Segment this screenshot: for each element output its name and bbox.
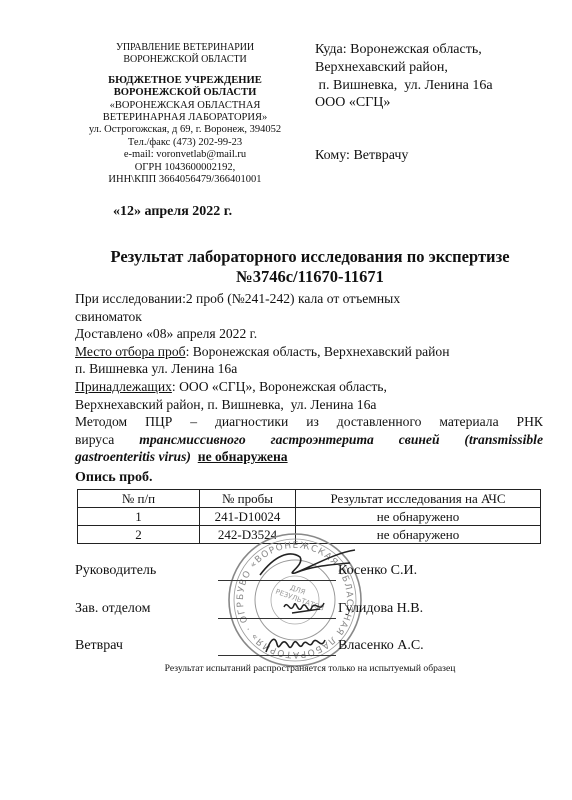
sender-header: УПРАВЛЕНИЕ ВЕТЕРИНАРИИ ВОРОНЕЖСКОЙ ОБЛАС… (60, 42, 310, 186)
owner-label: Принадлежащих (75, 379, 172, 394)
institution-line-1: БЮДЖЕТНОЕ УЧРЕЖДЕНИЕ (60, 75, 310, 87)
sampling-line-2: п. Вишневка ул. Ленина 16а (75, 360, 543, 378)
cell-sample-number: 241-D10024 (200, 508, 296, 526)
owner-line: Принадлежащих: ООО «СГЦ», Воронежская об… (75, 378, 543, 396)
recipient-whom: Кому: Ветврачу (315, 148, 408, 164)
cell-index: 1 (78, 508, 200, 526)
document-title: Результат лабораторного исследования по … (60, 247, 560, 287)
sampling-value: : Воронежская область, Верхнехавский рай… (186, 344, 450, 359)
result-text: не обнаружена (198, 449, 288, 464)
research-line-2: свиноматок (75, 308, 543, 326)
virus-name-line-2: gastroenteritis virus) (75, 449, 191, 464)
recipient-to-line-2: Верхнехавский район, (315, 59, 493, 77)
delivered-line: Доставлено «08» апреля 2022 г. (75, 325, 543, 343)
cell-index: 2 (78, 526, 200, 544)
virus-name-line-1: трансмиссивного гастроэнтерита свиней (t… (139, 432, 543, 447)
sender-inn-kpp: ИНН\КПП 3664056479/366401001 (60, 174, 310, 186)
document-date: «12» апреля 2022 г. (113, 204, 232, 220)
signature-scribble-dept-icon (282, 595, 327, 623)
signature-role-head: Руководитель (75, 563, 156, 579)
table-header-row: № п/п № пробы Результат исследования на … (78, 490, 541, 508)
method-line-2: вируса трансмиссивного гастроэнтерита св… (75, 431, 543, 449)
method-line-1: Методом ПЦР – диагностики из доставленно… (75, 413, 543, 431)
signature-scribble-vet-icon (263, 632, 328, 658)
owner-line-2: Верхнехавский район, п. Вишневка, ул. Ле… (75, 396, 543, 414)
institution-line-2: ВОРОНЕЖСКОЙ ОБЛАСТИ (60, 87, 310, 99)
title-line-1: Результат лабораторного исследования по … (60, 247, 560, 267)
sender-address: ул. Острогожская, д 69, г. Воронеж, 3940… (60, 124, 310, 136)
header-result: Результат исследования на АЧС (296, 490, 541, 508)
research-line-1: При исследовании:2 проб (№241-242) кала … (75, 290, 543, 308)
authority-line-2: ВОРОНЕЖСКОЙ ОБЛАСТИ (60, 54, 310, 66)
inventory-title: Опись проб. (75, 470, 153, 486)
recipient-to-line-3: п. Вишневка, ул. Ленина 16а (315, 77, 493, 95)
header-sample-number: № пробы (200, 490, 296, 508)
recipient-to-line-4: ООО «СГЦ» (315, 94, 493, 112)
header-index: № п/п (78, 490, 200, 508)
sender-ogrn: ОГРН 1043600002192, (60, 162, 310, 174)
signature-role-dept: Зав. отделом (75, 601, 151, 617)
recipient-block: Куда: Воронежская область, Верхнехавский… (315, 41, 493, 112)
institution-line-3: «ВОРОНЕЖСКАЯ ОБЛАСТНАЯ (60, 100, 310, 112)
document-body: При исследовании:2 проб (№241-242) кала … (75, 290, 543, 466)
sampling-line: Место отбора проб: Воронежская область, … (75, 343, 543, 361)
institution-line-4: ВЕТЕРИНАРНАЯ ЛАБОРАТОРИЯ» (60, 112, 310, 124)
authority-line-1: УПРАВЛЕНИЕ ВЕТЕРИНАРИИ (60, 42, 310, 54)
signature-role-vet: Ветврач (75, 638, 123, 654)
signature-name-dept: Гулидова Н.В. (338, 601, 423, 617)
recipient-to-line-1: Куда: Воронежская область, (315, 41, 493, 59)
footer-disclaimer: Результат испытаний распространяется тол… (60, 663, 560, 674)
signature-scribble-head-icon (255, 545, 365, 585)
method-line-3: gastroenteritis virus) не обнаружена (75, 448, 543, 466)
owner-value: : ООО «СГЦ», Воронежская область, (172, 379, 387, 394)
sender-email: e-mail: voronvetlab@mail.ru (60, 149, 310, 161)
signature-name-vet: Власенко А.С. (338, 638, 424, 654)
method-prefix: вируса (75, 432, 139, 447)
sampling-label: Место отбора проб (75, 344, 186, 359)
table-row: 1 241-D10024 не обнаружено (78, 508, 541, 526)
sender-phone: Тел./факс (473) 202-99-23 (60, 137, 310, 149)
title-line-2: №3746с/11670-11671 (60, 267, 560, 287)
cell-result: не обнаружено (296, 508, 541, 526)
